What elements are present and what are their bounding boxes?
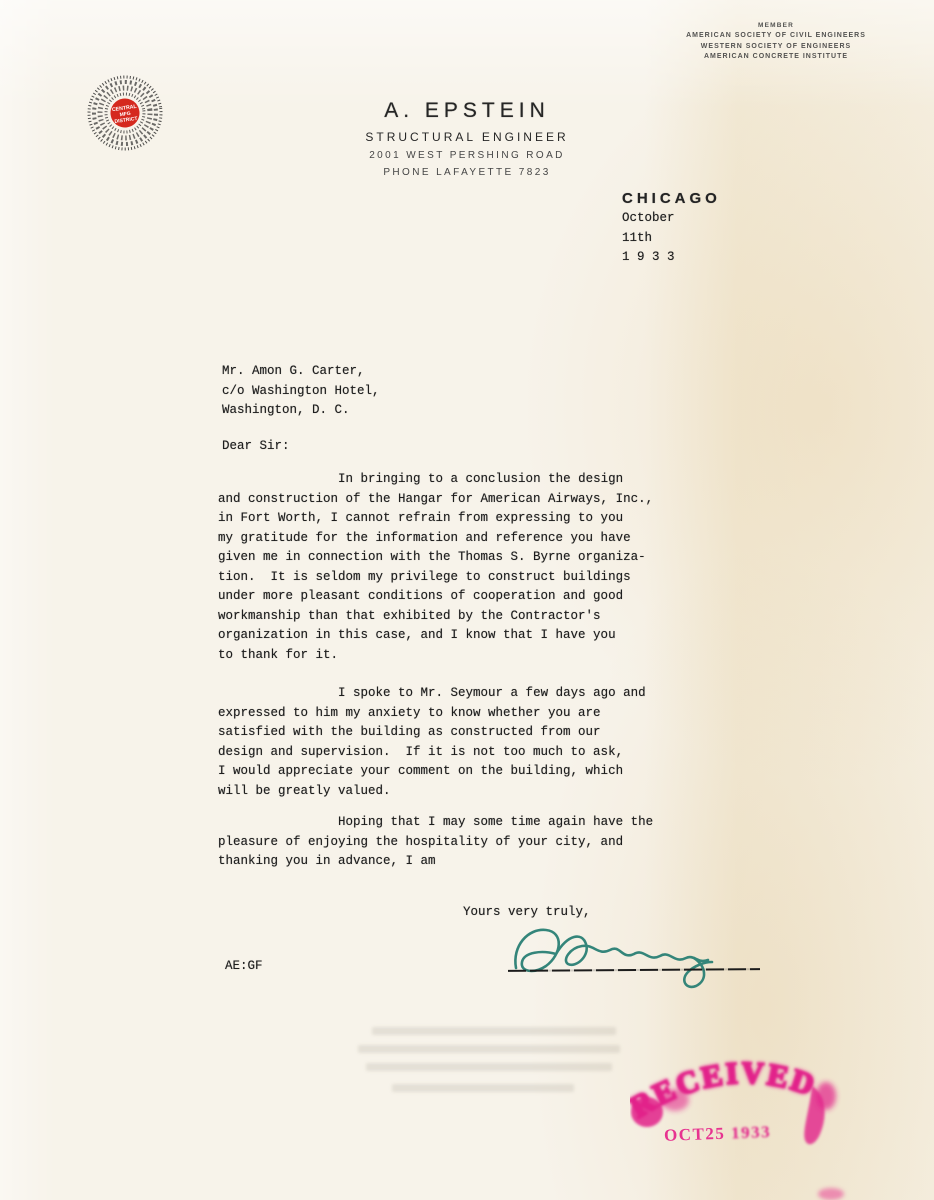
bleed-through-line	[392, 1084, 574, 1092]
dateline-city: CHICAGO	[622, 190, 721, 207]
handwritten-signature	[498, 916, 778, 991]
dateline-block: CHICAGO October 11th 1 9 3 3	[622, 190, 721, 268]
ink-streak	[818, 1188, 844, 1200]
body-paragraph-2: I spoke to Mr. Seymour a few days ago an…	[218, 684, 646, 801]
affiliations-heading: MEMBER	[644, 21, 908, 31]
received-stamp: RECEIVED RECEIVED OCT25 1933	[630, 1056, 845, 1166]
stamp-year: 1933	[731, 1122, 772, 1142]
affiliations-block: MEMBER AMERICAN SOCIETY OF CIVIL ENGINEE…	[644, 21, 908, 63]
typist-initials: AE:GF	[225, 957, 263, 977]
bleed-through-line	[358, 1045, 620, 1053]
recipient-address: Mr. Amon G. Carter, c/o Washington Hotel…	[222, 362, 380, 421]
letterhead: A. EPSTEIN STRUCTURAL ENGINEER 2001 WEST…	[0, 99, 934, 178]
affiliations-lines: AMERICAN SOCIETY OF CIVIL ENGINEERS WEST…	[644, 31, 908, 63]
salutation: Dear Sir:	[222, 437, 290, 457]
dateline-typed: October 11th 1 9 3 3	[622, 209, 721, 268]
letterhead-title: STRUCTURAL ENGINEER	[0, 130, 934, 144]
bleed-through-line	[366, 1063, 612, 1071]
signature-ink-graphic	[498, 916, 778, 991]
letterhead-phone: PHONE LAFAYETTE 7823	[0, 167, 934, 178]
bleed-through-line	[372, 1027, 616, 1035]
body-paragraph-3: Hoping that I may some time again have t…	[218, 813, 653, 872]
body-paragraph-1: In bringing to a conclusion the design a…	[218, 470, 653, 665]
received-stamp-date: OCT25 1933	[664, 1122, 772, 1146]
stamp-month-day: OCT25	[664, 1124, 726, 1145]
letterhead-name: A. EPSTEIN	[0, 99, 934, 123]
received-stamp-graphic: RECEIVED RECEIVED	[630, 1056, 845, 1166]
letterhead-address: 2001 WEST PERSHING ROAD	[0, 150, 934, 161]
scanned-letter-page: MEMBER AMERICAN SOCIETY OF CIVIL ENGINEE…	[0, 0, 934, 1200]
